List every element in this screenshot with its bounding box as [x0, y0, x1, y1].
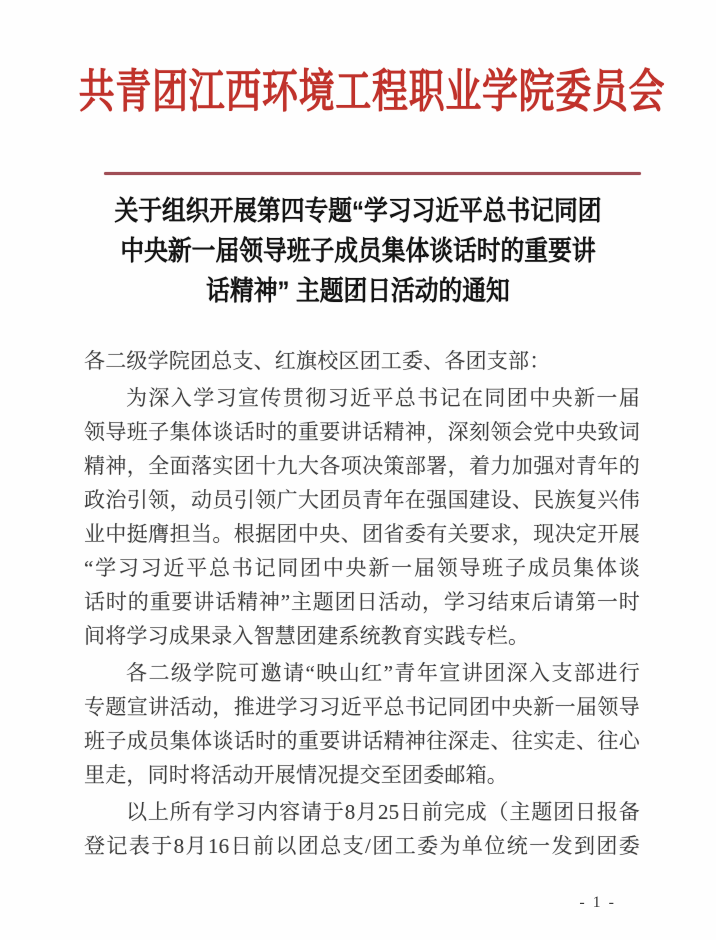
doc-title-line: 中央新一届领导班子成员集体谈话时的重要讲 — [43, 231, 673, 271]
body-line: 班子成员集体谈话时的重要讲话精神往深走、往实走、往心 — [84, 724, 640, 758]
body-line: 各二级学院可邀请“映山红”青年宣讲团深入支部进行 — [84, 656, 640, 690]
body-line: 精神，全面落实团十九大各项决策部署，着力加强对青年的 — [84, 449, 640, 483]
body-line: 为深入学习宣传贯彻习近平总书记在同团中央新一届 — [84, 381, 640, 415]
body-line: 登记表于8月16日前以团总支/团工委为单位统一发到团委 — [84, 829, 640, 863]
document-page: 共青团江西环境工程职业学院委员会 关于组织开展第四专题“学习习近平总书记同团 中… — [0, 0, 716, 940]
body-line: 间将学习成果录入智慧团建系统教育实践专栏。 — [84, 619, 640, 653]
body-line: 话时的重要讲话精神”主题团日活动，学习结束后请第一时 — [84, 585, 640, 619]
body-line: 以上所有学习内容请于8月25日前完成（主题团日报备 — [84, 795, 640, 829]
body-line: 领导班子集体谈话时的重要讲话精神，深刻领会党中央致词 — [84, 415, 640, 449]
body-line: 里走，同时将活动开展情况提交至团委邮箱。 — [84, 758, 640, 792]
doc-title: 关于组织开展第四专题“学习习近平总书记同团 中央新一届领导班子成员集体谈话时的重… — [0, 191, 716, 311]
org-title: 共青团江西环境工程职业学院委员会 — [79, 62, 637, 122]
letterhead-divider — [104, 172, 641, 175]
body-line: 专题宣讲活动，推进学习习近平总书记同团中央新一届领导 — [84, 690, 640, 724]
doc-title-line: 话精神” 主题团日活动的通知 — [43, 271, 673, 311]
doc-title-line: 关于组织开展第四专题“学习习近平总书记同团 — [43, 191, 673, 231]
body-line: 业中挺膺担当。根据团中央、团省委有关要求，现决定开展 — [84, 517, 640, 551]
page-number: - 1 - — [579, 893, 616, 913]
document-body: 各二级学院团总支、红旗校区团工委、各团支部： 为深入学习宣传贯彻习近平总书记在同… — [84, 344, 640, 863]
body-line: “学习习近平总书记同团中央新一届领导班子成员集体谈 — [84, 551, 640, 585]
body-salutation: 各二级学院团总支、红旗校区团工委、各团支部： — [84, 344, 640, 378]
body-line: 政治引领，动员引领广大团员青年在强国建设、民族复兴伟 — [84, 483, 640, 517]
